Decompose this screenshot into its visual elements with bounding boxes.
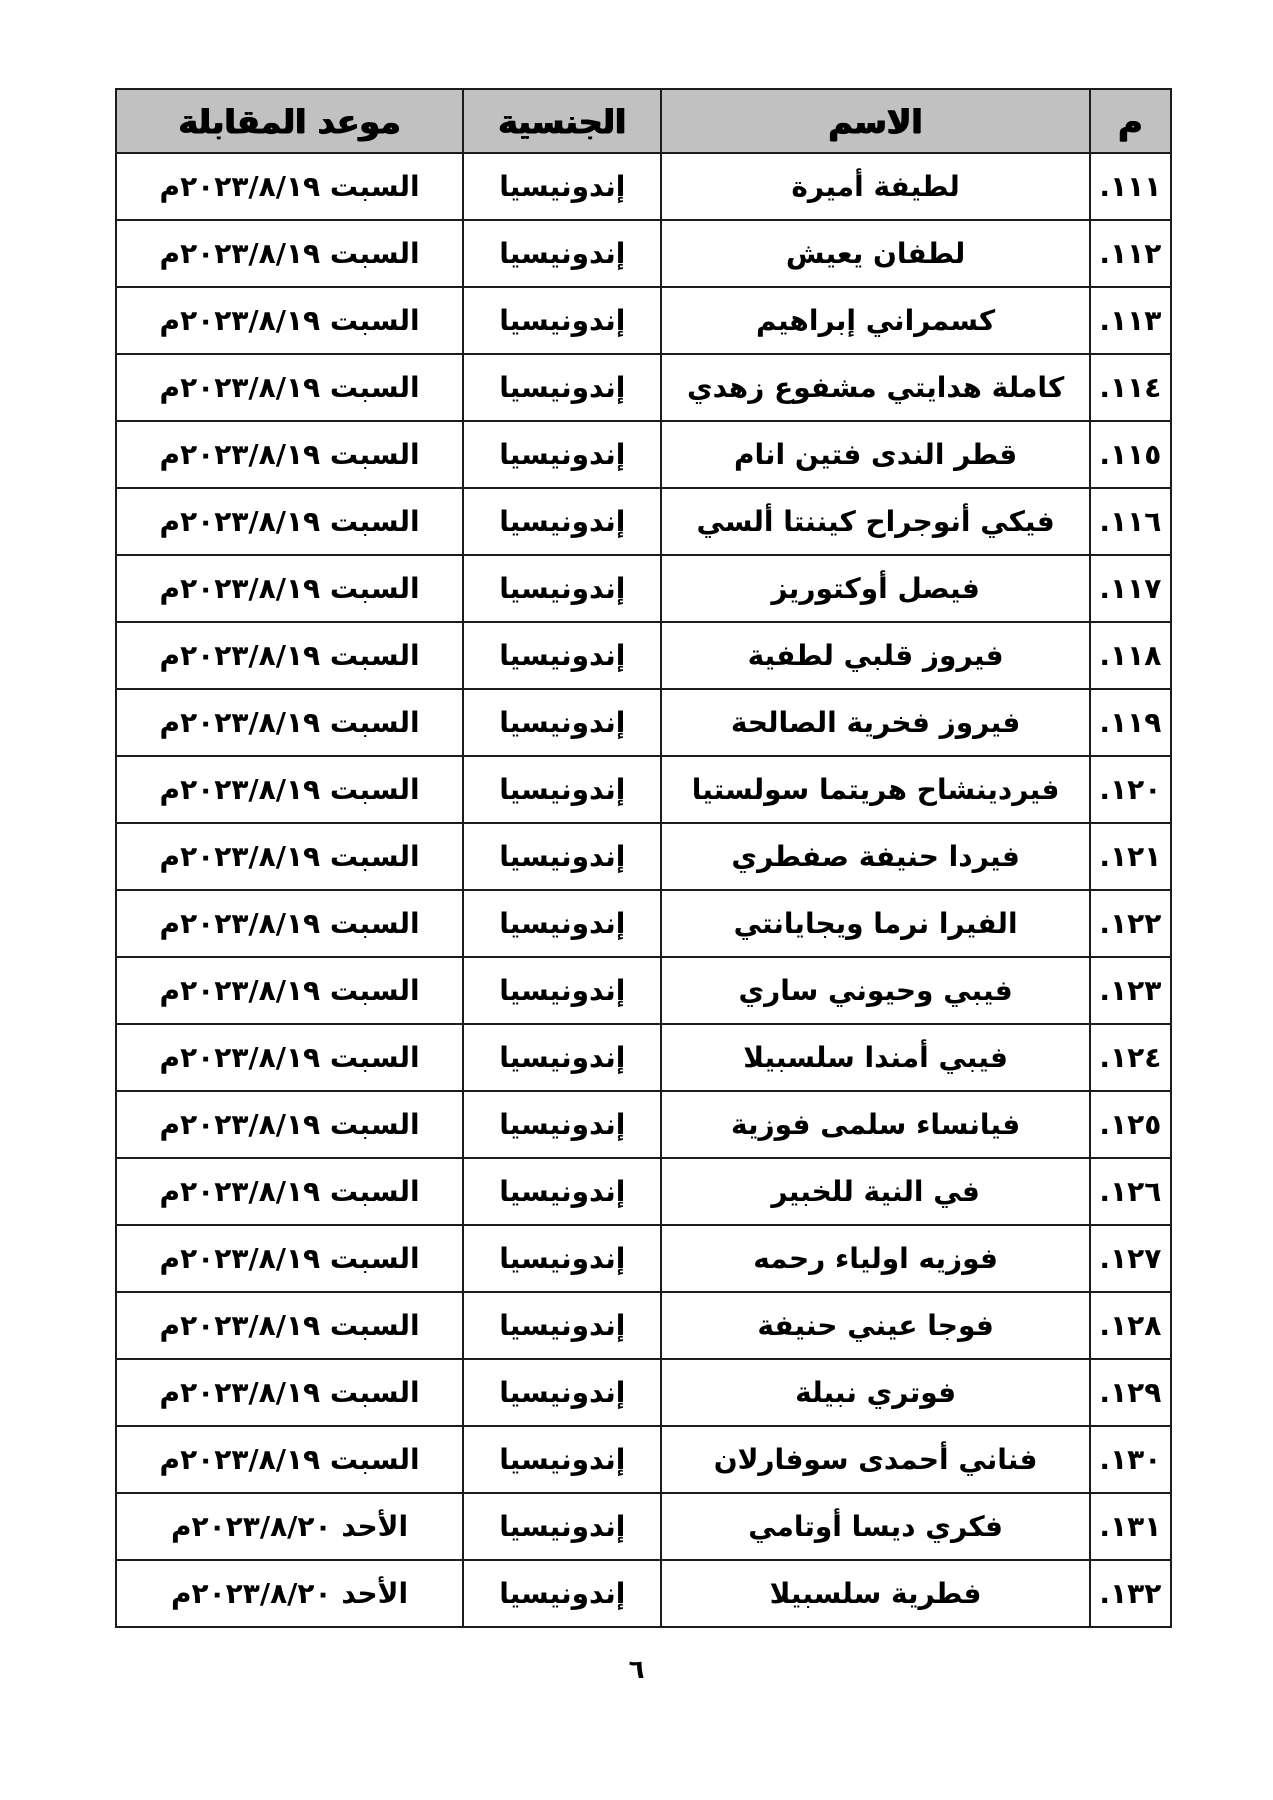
cell-nationality: إندونيسيا bbox=[463, 1359, 661, 1426]
cell-appointment: الأحد ٢٠٢٣/٨/٢٠م bbox=[116, 1560, 463, 1627]
header-name: الاسم bbox=[661, 89, 1089, 153]
cell-nationality: إندونيسيا bbox=[463, 1292, 661, 1359]
cell-index: ١٣٢. bbox=[1090, 1560, 1171, 1627]
table-row: ١٣٢.فطرية سلسبيلاإندونيسياالأحد ٢٠٢٣/٨/٢… bbox=[116, 1560, 1171, 1627]
cell-nationality: إندونيسيا bbox=[463, 622, 661, 689]
cell-appointment: السبت ٢٠٢٣/٨/١٩م bbox=[116, 153, 463, 220]
cell-name: فطرية سلسبيلا bbox=[661, 1560, 1089, 1627]
cell-appointment: السبت ٢٠٢٣/٨/١٩م bbox=[116, 890, 463, 957]
table-row: ١١٨.فيروز قلبي لطفيةإندونيسياالسبت ٢٠٢٣/… bbox=[116, 622, 1171, 689]
table-row: ١٢٩.فوتري نبيلةإندونيسياالسبت ٢٠٢٣/٨/١٩م bbox=[116, 1359, 1171, 1426]
cell-index: ١١٧. bbox=[1090, 555, 1171, 622]
cell-appointment: السبت ٢٠٢٣/٨/١٩م bbox=[116, 555, 463, 622]
cell-appointment: السبت ٢٠٢٣/٨/١٩م bbox=[116, 354, 463, 421]
cell-nationality: إندونيسيا bbox=[463, 1091, 661, 1158]
table-row: ١٢١.فيردا حنيفة صفطريإندونيسياالسبت ٢٠٢٣… bbox=[116, 823, 1171, 890]
cell-index: ١٣١. bbox=[1090, 1493, 1171, 1560]
cell-nationality: إندونيسيا bbox=[463, 220, 661, 287]
cell-appointment: السبت ٢٠٢٣/٨/١٩م bbox=[116, 1024, 463, 1091]
cell-nationality: إندونيسيا bbox=[463, 287, 661, 354]
cell-name: في النية للخبير bbox=[661, 1158, 1089, 1225]
document-page: م الاسم الجنسية موعد المقابلة ١١١.لطيفة … bbox=[0, 0, 1273, 1800]
table-row: ١١١.لطيفة أميرةإندونيسياالسبت ٢٠٢٣/٨/١٩م bbox=[116, 153, 1171, 220]
cell-index: ١١٣. bbox=[1090, 287, 1171, 354]
table-row: ١٢٦.في النية للخبيرإندونيسياالسبت ٢٠٢٣/٨… bbox=[116, 1158, 1171, 1225]
cell-name: فوجا عيني حنيفة bbox=[661, 1292, 1089, 1359]
header-nationality: الجنسية bbox=[463, 89, 661, 153]
cell-nationality: إندونيسيا bbox=[463, 153, 661, 220]
cell-index: ١٢٩. bbox=[1090, 1359, 1171, 1426]
cell-appointment: السبت ٢٠٢٣/٨/١٩م bbox=[116, 1426, 463, 1493]
cell-nationality: إندونيسيا bbox=[463, 1225, 661, 1292]
cell-appointment: السبت ٢٠٢٣/٨/١٩م bbox=[116, 287, 463, 354]
cell-index: ١٢٤. bbox=[1090, 1024, 1171, 1091]
cell-nationality: إندونيسيا bbox=[463, 756, 661, 823]
table-row: ١١٢.لطفان يعيشإندونيسياالسبت ٢٠٢٣/٨/١٩م bbox=[116, 220, 1171, 287]
cell-name: فيروز قلبي لطفية bbox=[661, 622, 1089, 689]
cell-index: ١٢٠. bbox=[1090, 756, 1171, 823]
cell-nationality: إندونيسيا bbox=[463, 488, 661, 555]
cell-nationality: إندونيسيا bbox=[463, 1426, 661, 1493]
header-row: م الاسم الجنسية موعد المقابلة bbox=[116, 89, 1171, 153]
cell-index: ١١٤. bbox=[1090, 354, 1171, 421]
cell-appointment: السبت ٢٠٢٣/٨/١٩م bbox=[116, 689, 463, 756]
cell-appointment: السبت ٢٠٢٣/٨/١٩م bbox=[116, 1091, 463, 1158]
table-row: ١١٦.فيكي أنوجراح كيننتا ألسيإندونيسياالس… bbox=[116, 488, 1171, 555]
table-row: ١٢٥.فيانساء سلمى فوزيةإندونيسياالسبت ٢٠٢… bbox=[116, 1091, 1171, 1158]
cell-appointment: السبت ٢٠٢٣/٨/١٩م bbox=[116, 823, 463, 890]
cell-name: قطر الندى فتين انام bbox=[661, 421, 1089, 488]
table-row: ١٣٠.فناني أحمدى سوفارلانإندونيسياالسبت ٢… bbox=[116, 1426, 1171, 1493]
cell-index: ١١٥. bbox=[1090, 421, 1171, 488]
cell-appointment: السبت ٢٠٢٣/٨/١٩م bbox=[116, 421, 463, 488]
table-row: ١١٣.كسمراني إبراهيمإندونيسياالسبت ٢٠٢٣/٨… bbox=[116, 287, 1171, 354]
cell-nationality: إندونيسيا bbox=[463, 354, 661, 421]
cell-nationality: إندونيسيا bbox=[463, 1024, 661, 1091]
cell-index: ١١٨. bbox=[1090, 622, 1171, 689]
cell-appointment: السبت ٢٠٢٣/٨/١٩م bbox=[116, 1292, 463, 1359]
cell-name: فكري ديسا أوتامي bbox=[661, 1493, 1089, 1560]
cell-name: فيبي أمندا سلسبيلا bbox=[661, 1024, 1089, 1091]
cell-index: ١١٦. bbox=[1090, 488, 1171, 555]
cell-index: ١١٢. bbox=[1090, 220, 1171, 287]
cell-name: فناني أحمدى سوفارلان bbox=[661, 1426, 1089, 1493]
cell-appointment: السبت ٢٠٢٣/٨/١٩م bbox=[116, 1158, 463, 1225]
header-index: م bbox=[1090, 89, 1171, 153]
cell-name: فوزيه اولياء رحمه bbox=[661, 1225, 1089, 1292]
cell-index: ١١٩. bbox=[1090, 689, 1171, 756]
cell-name: كاملة هدايتي مشفوع زهدي bbox=[661, 354, 1089, 421]
cell-index: ١٢٧. bbox=[1090, 1225, 1171, 1292]
table-row: ١١٩.فيروز فخرية الصالحةإندونيسياالسبت ٢٠… bbox=[116, 689, 1171, 756]
table-row: ١٢٠.فيردينشاح هريتما سولستياإندونيسياالس… bbox=[116, 756, 1171, 823]
table-row: ١٢٨.فوجا عيني حنيفةإندونيسياالسبت ٢٠٢٣/٨… bbox=[116, 1292, 1171, 1359]
cell-appointment: السبت ٢٠٢٣/٨/١٩م bbox=[116, 488, 463, 555]
cell-nationality: إندونيسيا bbox=[463, 1158, 661, 1225]
cell-name: فيصل أوكتوريز bbox=[661, 555, 1089, 622]
table-row: ١١٥.قطر الندى فتين انامإندونيسياالسبت ٢٠… bbox=[116, 421, 1171, 488]
cell-name: فيكي أنوجراح كيننتا ألسي bbox=[661, 488, 1089, 555]
page-number: ٦ bbox=[0, 1655, 1273, 1685]
cell-name: فيبي وحيوني ساري bbox=[661, 957, 1089, 1024]
cell-name: كسمراني إبراهيم bbox=[661, 287, 1089, 354]
cell-nationality: إندونيسيا bbox=[463, 823, 661, 890]
cell-name: لطيفة أميرة bbox=[661, 153, 1089, 220]
cell-index: ١٢٥. bbox=[1090, 1091, 1171, 1158]
table-row: ١١٤.كاملة هدايتي مشفوع زهديإندونيسياالسب… bbox=[116, 354, 1171, 421]
table-row: ١٢٣.فيبي وحيوني ساريإندونيسياالسبت ٢٠٢٣/… bbox=[116, 957, 1171, 1024]
cell-appointment: السبت ٢٠٢٣/٨/١٩م bbox=[116, 957, 463, 1024]
cell-appointment: الأحد ٢٠٢٣/٨/٢٠م bbox=[116, 1493, 463, 1560]
cell-index: ١١١. bbox=[1090, 153, 1171, 220]
cell-name: فيروز فخرية الصالحة bbox=[661, 689, 1089, 756]
cell-index: ١٢٨. bbox=[1090, 1292, 1171, 1359]
header-appointment: موعد المقابلة bbox=[116, 89, 463, 153]
cell-name: فوتري نبيلة bbox=[661, 1359, 1089, 1426]
cell-name: فيردينشاح هريتما سولستيا bbox=[661, 756, 1089, 823]
cell-appointment: السبت ٢٠٢٣/٨/١٩م bbox=[116, 756, 463, 823]
table-row: ١٢٤.فيبي أمندا سلسبيلاإندونيسياالسبت ٢٠٢… bbox=[116, 1024, 1171, 1091]
cell-nationality: إندونيسيا bbox=[463, 890, 661, 957]
interview-roster-table: م الاسم الجنسية موعد المقابلة ١١١.لطيفة … bbox=[115, 88, 1172, 1628]
cell-name: فيردا حنيفة صفطري bbox=[661, 823, 1089, 890]
cell-nationality: إندونيسيا bbox=[463, 1560, 661, 1627]
cell-index: ١٢٣. bbox=[1090, 957, 1171, 1024]
table-row: ١١٧.فيصل أوكتوريزإندونيسياالسبت ٢٠٢٣/٨/١… bbox=[116, 555, 1171, 622]
cell-name: لطفان يعيش bbox=[661, 220, 1089, 287]
cell-appointment: السبت ٢٠٢٣/٨/١٩م bbox=[116, 1225, 463, 1292]
cell-nationality: إندونيسيا bbox=[463, 957, 661, 1024]
table-row: ١٣١.فكري ديسا أوتاميإندونيسياالأحد ٢٠٢٣/… bbox=[116, 1493, 1171, 1560]
cell-appointment: السبت ٢٠٢٣/٨/١٩م bbox=[116, 1359, 463, 1426]
cell-index: ١٢١. bbox=[1090, 823, 1171, 890]
cell-index: ١٣٠. bbox=[1090, 1426, 1171, 1493]
cell-appointment: السبت ٢٠٢٣/٨/١٩م bbox=[116, 220, 463, 287]
table-row: ١٢٧.فوزيه اولياء رحمهإندونيسياالسبت ٢٠٢٣… bbox=[116, 1225, 1171, 1292]
cell-nationality: إندونيسيا bbox=[463, 555, 661, 622]
cell-index: ١٢٦. bbox=[1090, 1158, 1171, 1225]
cell-index: ١٢٢. bbox=[1090, 890, 1171, 957]
cell-name: فيانساء سلمى فوزية bbox=[661, 1091, 1089, 1158]
cell-nationality: إندونيسيا bbox=[463, 1493, 661, 1560]
cell-appointment: السبت ٢٠٢٣/٨/١٩م bbox=[116, 622, 463, 689]
cell-nationality: إندونيسيا bbox=[463, 689, 661, 756]
cell-nationality: إندونيسيا bbox=[463, 421, 661, 488]
table-row: ١٢٢.الفيرا نرما ويجايانتيإندونيسياالسبت … bbox=[116, 890, 1171, 957]
cell-name: الفيرا نرما ويجايانتي bbox=[661, 890, 1089, 957]
